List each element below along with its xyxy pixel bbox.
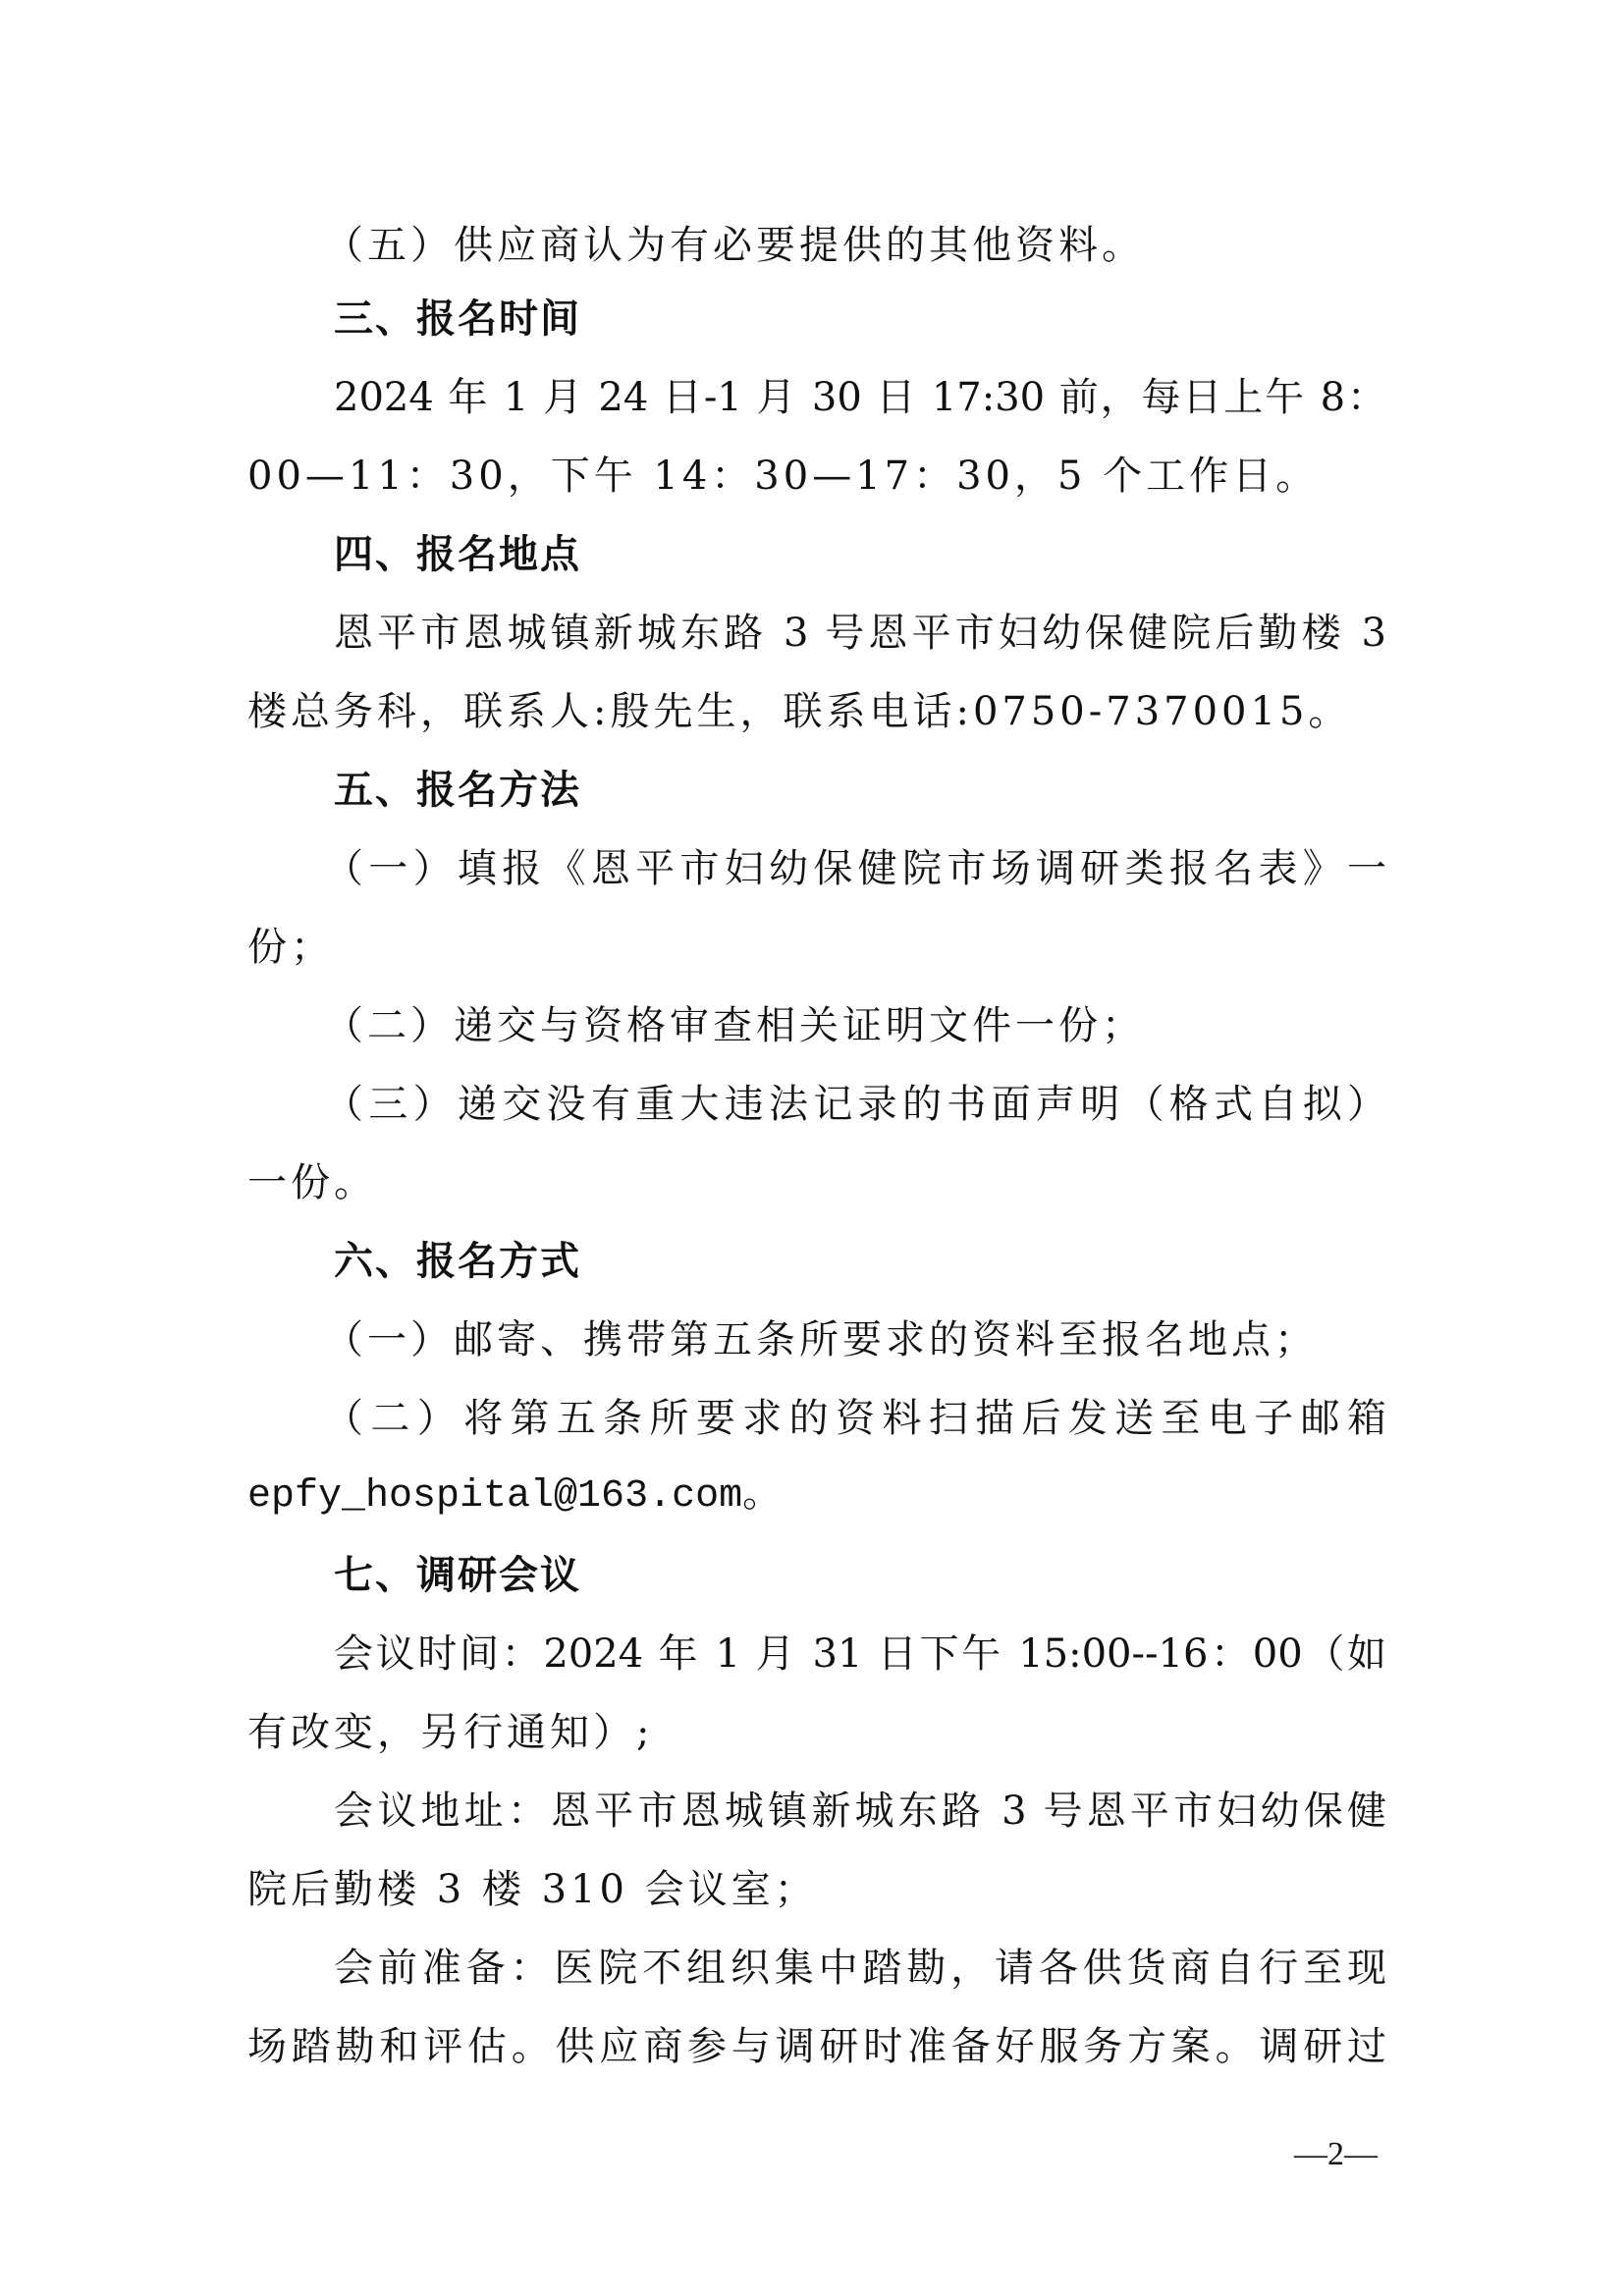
registration-location-text-cont: 楼总务科，联系人:殷先生，联系电话:0750-7370015。 bbox=[247, 672, 1386, 751]
section-heading-registration-method: 五、报名方法 bbox=[334, 751, 1473, 829]
method-item-1: （一）填报《恩平市妇幼保健院市场调研类报名表》一 bbox=[324, 829, 1386, 908]
method-item-2: （二）递交与资格审查相关证明文件一份； bbox=[324, 987, 1463, 1065]
registration-time-text: 2024 年 1 月 24 日-1 月 30 日 17:30 前，每日上午 8： bbox=[334, 358, 1386, 437]
section-heading-research-meeting: 七、调研会议 bbox=[334, 1536, 1473, 1615]
meeting-address-cont: 院后勤楼 3 楼 310 会议室； bbox=[247, 1850, 1386, 1929]
method-item-1-cont: 份； bbox=[247, 908, 1386, 987]
method-item-3: （三）递交没有重大违法记录的书面声明（格式自拟） bbox=[324, 1065, 1386, 1144]
registration-location-text: 恩平市恩城镇新城东路 3 号恩平市妇幼保健院后勤楼 3 bbox=[334, 594, 1386, 672]
mode-item-1: （一）邮寄、携带第五条所要求的资料至报名地点； bbox=[324, 1301, 1463, 1379]
meeting-time: 会议时间：2024 年 1 月 31 日下午 15:00--16：00（如 bbox=[334, 1615, 1386, 1693]
meeting-preparation-cont: 场踏勘和评估。供应商参与调研时准备好服务方案。调研过 bbox=[247, 2007, 1386, 2086]
section-heading-registration-time: 三、报名时间 bbox=[334, 280, 1473, 358]
registration-time-text-cont: 00—11：30，下午 14：30—17：30，5 个工作日。 bbox=[247, 437, 1386, 515]
page-number: —2— bbox=[1294, 2130, 1378, 2179]
method-item-3-cont: 一份。 bbox=[247, 1144, 1386, 1222]
email-address: epfy_hospital@163.com。 bbox=[247, 1458, 1386, 1536]
section-heading-registration-mode: 六、报名方式 bbox=[334, 1222, 1473, 1301]
item-5-supplier-other-materials: （五）供应商认为有必要提供的其他资料。 bbox=[324, 206, 1463, 285]
meeting-preparation: 会前准备：医院不组织集中踏勘，请各供货商自行至现 bbox=[334, 1929, 1386, 2007]
meeting-time-cont: 有改变，另行通知）; bbox=[247, 1693, 1386, 1772]
mode-item-2: （二）将第五条所要求的资料扫描后发送至电子邮箱 bbox=[324, 1379, 1386, 1458]
document-page: （五）供应商认为有必要提供的其他资料。 三、报名时间 2024 年 1 月 24… bbox=[0, 0, 1624, 2296]
meeting-address: 会议地址：恩平市恩城镇新城东路 3 号恩平市妇幼保健 bbox=[334, 1772, 1386, 1850]
section-heading-registration-location: 四、报名地点 bbox=[334, 515, 1473, 594]
